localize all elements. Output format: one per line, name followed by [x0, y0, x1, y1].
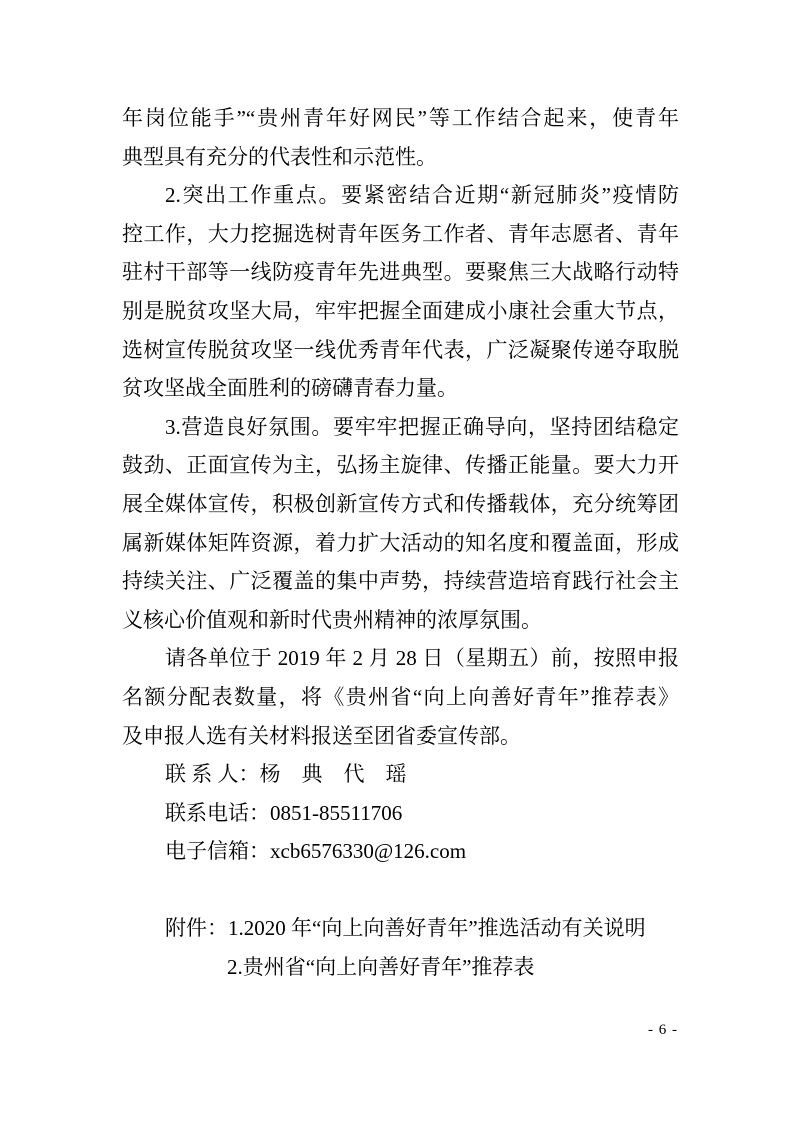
body-line: 2.突出工作重点。要紧密结合近期“新冠肺炎”疫情防 [122, 176, 679, 215]
contact-email-line: 电子信箱：xcb6576330@126.com [122, 832, 679, 871]
body-line: 义核心价值观和新时代贵州精神的浓厚氛围。 [122, 601, 679, 640]
body-line: 贫攻坚战全面胜利的磅礴青春力量。 [122, 369, 679, 408]
body-line: 别是脱贫攻坚大局，牢牢把握全面建成小康社会重大节点， [122, 292, 679, 331]
attachment-line-1: 附件：1.2020 年“向上向善好青年”推选活动有关说明 [122, 909, 679, 948]
body-line: 及申报人选有关材料报送至团省委宣传部。 [122, 717, 679, 756]
body-line: 鼓劲、正面宣传为主，弘扬主旋律、传播正能量。要大力开 [122, 446, 679, 485]
body-line: 展全媒体宣传，积极创新宣传方式和传播载体，充分统筹团 [122, 485, 679, 524]
body-line: 驻村干部等一线防疫青年先进典型。要聚焦三大战略行动特 [122, 253, 679, 292]
body-line: 属新媒体矩阵资源，着力扩大活动的知名度和覆盖面，形成 [122, 524, 679, 563]
contact-phone-line: 联系电话：0851-85511706 [122, 794, 679, 833]
body-line: 典型具有充分的代表性和示范性。 [122, 138, 679, 177]
body-line: 3.营造良好氛围。要牢牢把握正确导向，坚持团结稳定 [122, 408, 679, 447]
blank-line [122, 871, 679, 910]
body-line: 年岗位能手”“贵州青年好网民”等工作结合起来，使青年 [122, 99, 679, 138]
document-page: 年岗位能手”“贵州青年好网民”等工作结合起来，使青年典型具有充分的代表性和示范性… [0, 0, 793, 1122]
body-line: 控工作，大力挖掘选树青年医务工作者、青年志愿者、青年 [122, 215, 679, 254]
document-body: 年岗位能手”“贵州青年好网民”等工作结合起来，使青年典型具有充分的代表性和示范性… [122, 99, 679, 987]
body-line: 名额分配表数量，将《贵州省“向上向善好青年”推荐表》 [122, 678, 679, 717]
body-line: 持续关注、广泛覆盖的集中声势，持续营造培育践行社会主 [122, 562, 679, 601]
body-line: 请各单位于 2019 年 2 月 28 日（星期五）前，按照申报 [122, 639, 679, 678]
page-number: - 6 - [648, 1020, 678, 1040]
contact-person-line: 联 系 人：杨 典 代 瑶 [122, 755, 679, 794]
attachment-line-2: 2.贵州省“向上向善好青年”推荐表 [122, 948, 679, 987]
body-line: 选树宣传脱贫攻坚一线优秀青年代表，广泛凝聚传递夺取脱 [122, 331, 679, 370]
